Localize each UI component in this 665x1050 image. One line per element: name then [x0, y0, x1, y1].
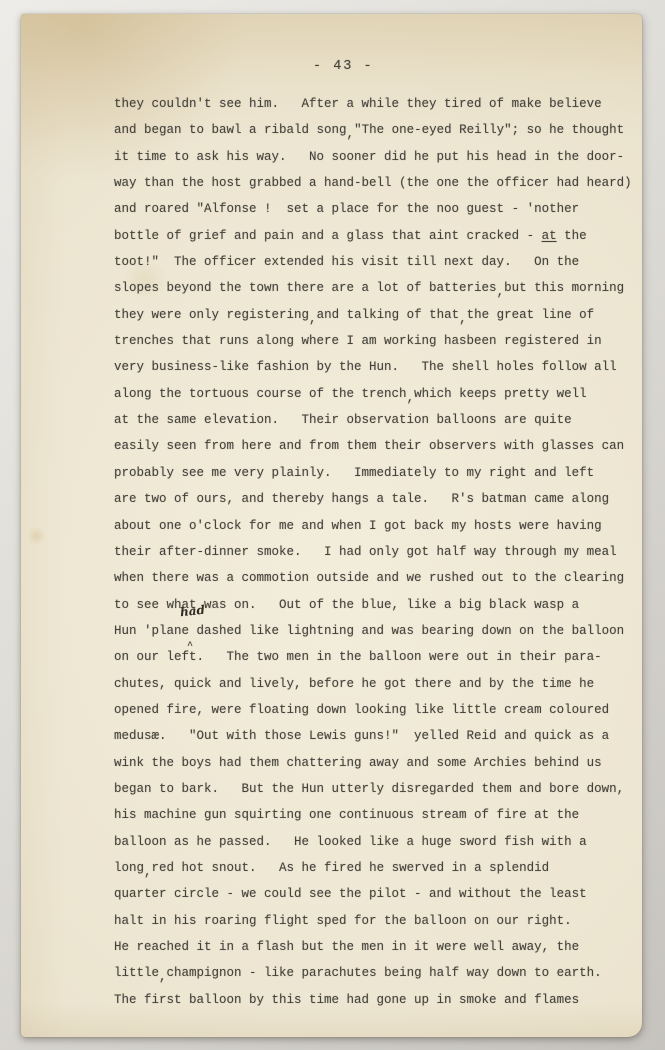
handwritten-insertion: had^	[189, 633, 197, 634]
text-line: toot!" The officer extended his visit ti…	[114, 249, 632, 275]
typewritten-text: they couldn't see him. After a while the…	[114, 91, 632, 1013]
text-line: bottle of grief and pain and a glass tha…	[114, 223, 632, 249]
text-segment: the great line of	[467, 308, 595, 322]
text-segment: opened fire, were floating down looking …	[114, 703, 609, 717]
text-line: very business-like fashion by the Hun. T…	[114, 354, 632, 380]
text-segment: balloon as he passed. He looked like a h…	[114, 835, 587, 849]
text-line: slopes beyond the town there are a lot o…	[114, 275, 632, 301]
text-segment: and began to bawl a ribald song	[114, 123, 347, 137]
text-segment: along the tortuous course of the trench	[114, 387, 407, 401]
inserted-comma: ,	[144, 865, 152, 879]
inserted-comma: ,	[347, 127, 355, 141]
text-line: chutes, quick and lively, before he got …	[114, 671, 632, 697]
text-segment: toot!" The officer extended his visit ti…	[114, 255, 579, 269]
text-segment: red hot snout. As he fired he swerved in…	[152, 861, 550, 875]
text-segment: his machine gun squirting one continuous…	[114, 808, 579, 822]
text-segment: quarter circle - we could see the pilot …	[114, 887, 587, 901]
caret-mark: ^	[187, 634, 193, 660]
text-line: are two of ours, and thereby hangs a tal…	[114, 486, 632, 512]
page-number: - 43 -	[313, 59, 374, 74]
text-line: halt in his roaring flight sped for the …	[114, 908, 632, 934]
text-segment: and roared "Alfonse ! set a place for th…	[114, 202, 579, 216]
text-segment: they were only registering	[114, 308, 309, 322]
text-segment: long	[114, 861, 144, 875]
text-line: and roared "Alfonse ! set a place for th…	[114, 196, 632, 222]
text-line: they were only registering,and talking o…	[114, 302, 632, 328]
text-segment: bottle of grief and pain and a glass tha…	[114, 229, 542, 243]
text-line: their after-dinner smoke. I had only got…	[114, 539, 632, 565]
text-segment: which keeps pretty well	[414, 387, 587, 401]
text-segment: very business-like fashion by the Hun. T…	[114, 360, 617, 374]
text-segment: wink the boys had them chattering away a…	[114, 756, 602, 770]
inserted-comma: ,	[407, 391, 415, 405]
text-line: The first balloon by this time had gone …	[114, 987, 632, 1013]
text-segment: and talking of that	[317, 308, 460, 322]
text-line: quarter circle - we could see the pilot …	[114, 881, 632, 907]
text-segment: chutes, quick and lively, before he got …	[114, 677, 594, 691]
text-line: and began to bawl a ribald song,"The one…	[114, 117, 632, 143]
inserted-comma: ,	[459, 312, 467, 326]
inserted-comma: ,	[497, 285, 505, 299]
text-segment: champignon - like parachutes being half …	[167, 966, 602, 980]
text-line: began to bark. But the Hun utterly disre…	[114, 776, 632, 802]
text-line: balloon as he passed. He looked like a h…	[114, 829, 632, 855]
text-line: He reached it in a flash but the men in …	[114, 934, 632, 960]
text-line: easily seen from here and from them thei…	[114, 433, 632, 459]
underlined-word: at	[542, 229, 557, 243]
text-line: probably see me very plainly. Immediatel…	[114, 460, 632, 486]
text-line: wink the boys had them chattering away a…	[114, 750, 632, 776]
text-line: along the tortuous course of the trench,…	[114, 381, 632, 407]
text-segment: are two of ours, and thereby hangs a tal…	[114, 492, 609, 506]
photo-background: - 43 - they couldn't see him. After a wh…	[0, 0, 665, 1050]
text-line: at the same elevation. Their observation…	[114, 407, 632, 433]
text-line: trenches that runs along where I am work…	[114, 328, 632, 354]
text-line: opened fire, were floating down looking …	[114, 697, 632, 723]
text-segment: their after-dinner smoke. I had only got…	[114, 545, 617, 559]
text-segment: "The one-eyed Reilly"; so he thought	[354, 123, 624, 137]
text-segment: halt in his roaring flight sped for the …	[114, 914, 572, 928]
text-segment: the	[557, 229, 587, 243]
text-segment: Hun 'plane	[114, 624, 189, 638]
text-segment: but this morning	[504, 281, 624, 295]
text-segment: medusæ. "Out with those Lewis guns!" yel…	[114, 729, 609, 743]
text-line: when there was a commotion outside and w…	[114, 565, 632, 591]
handwritten-word: had	[179, 596, 207, 625]
text-segment: little	[114, 966, 159, 980]
text-line: Hun 'planehad^dashed like lightning and …	[114, 618, 632, 644]
text-segment: when there was a commotion outside and w…	[114, 571, 624, 585]
inserted-comma: ,	[309, 312, 317, 326]
text-line: they couldn't see him. After a while the…	[114, 91, 632, 117]
text-segment: trenches that runs along where I am work…	[114, 334, 602, 348]
text-line: medusæ. "Out with those Lewis guns!" yel…	[114, 723, 632, 749]
text-segment: probably see me very plainly. Immediatel…	[114, 466, 594, 480]
text-line: little,champignon - like parachutes bein…	[114, 960, 632, 986]
text-segment: dashed like lightning and was bearing do…	[197, 624, 625, 638]
text-segment: The first balloon by this time had gone …	[114, 993, 579, 1007]
text-segment: began to bark. But the Hun utterly disre…	[114, 782, 624, 796]
text-segment: at the same elevation. Their observation…	[114, 413, 572, 427]
text-segment: about one o'clock for me and when I got …	[114, 519, 602, 533]
inserted-comma: ,	[159, 970, 167, 984]
text-segment: slopes beyond the town there are a lot o…	[114, 281, 497, 295]
text-line: long,red hot snout. As he fired he swerv…	[114, 855, 632, 881]
text-line: it time to ask his way. No sooner did he…	[114, 144, 632, 170]
text-segment: it time to ask his way. No sooner did he…	[114, 150, 624, 164]
text-line: about one o'clock for me and when I got …	[114, 513, 632, 539]
text-segment: easily seen from here and from them thei…	[114, 439, 624, 453]
text-line: way than the host grabbed a hand-bell (t…	[114, 170, 632, 196]
text-segment: way than the host grabbed a hand-bell (t…	[114, 176, 632, 190]
document-page: - 43 - they couldn't see him. After a wh…	[21, 14, 642, 1037]
text-segment: He reached it in a flash but the men in …	[114, 940, 579, 954]
text-line: his machine gun squirting one continuous…	[114, 802, 632, 828]
text-segment: they couldn't see him. After a while the…	[114, 97, 602, 111]
